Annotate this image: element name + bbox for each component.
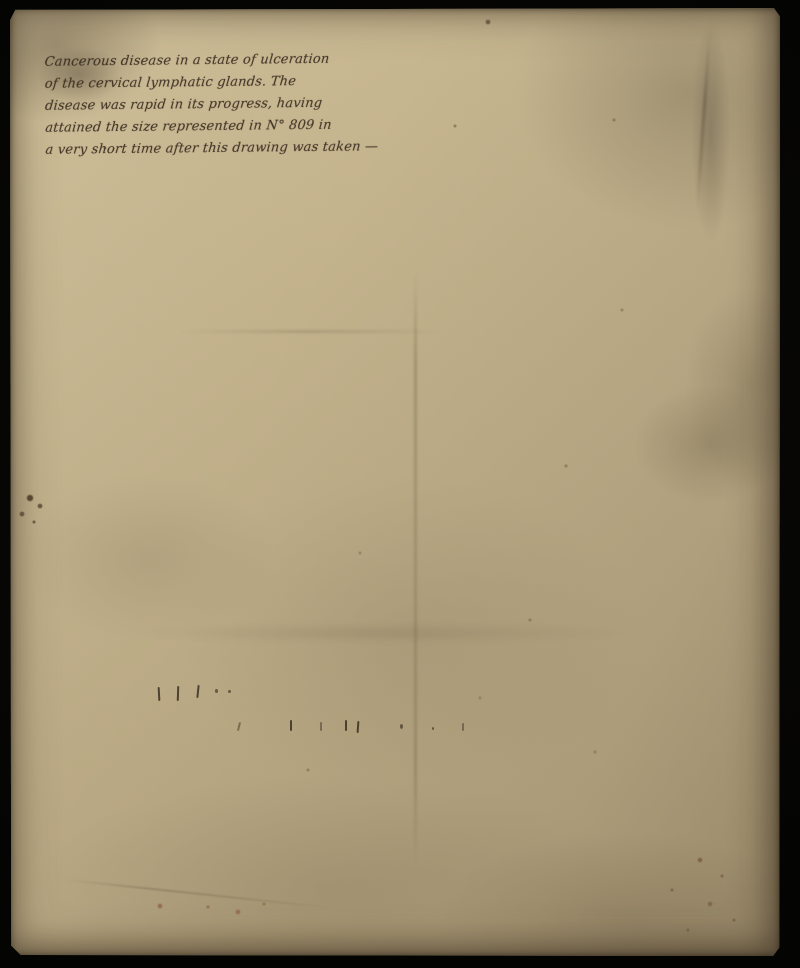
ink-mark [432, 727, 434, 730]
ink-mark [345, 720, 347, 731]
ink-mark [400, 724, 403, 729]
ink-mark [290, 720, 292, 731]
handwritten-note: Cancerous disease in a state of ulcerati… [44, 48, 375, 161]
crease-line [414, 273, 417, 863]
ink-mark [228, 690, 231, 693]
scan-background: Cancerous disease in a state of ulcerati… [0, 0, 800, 968]
manuscript-page: Cancerous disease in a state of ulcerati… [10, 8, 780, 956]
ink-mark [320, 722, 322, 731]
ink-mark [462, 723, 464, 731]
stain-band [70, 620, 690, 646]
note-line: a very short time after this drawing was… [44, 136, 376, 161]
crease-line [180, 330, 440, 333]
ink-mark [215, 689, 218, 693]
